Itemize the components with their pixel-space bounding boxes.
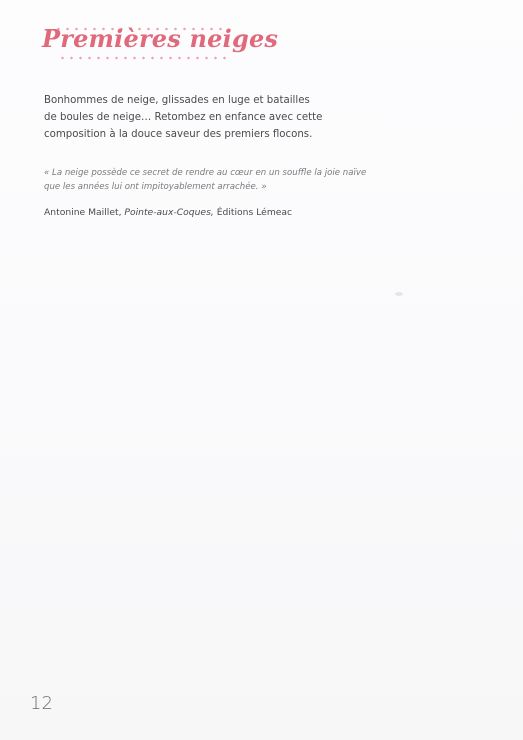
page-number: 12 bbox=[30, 693, 53, 714]
intro-paragraph: Bonhommes de neige, glissades en luge et… bbox=[44, 92, 364, 143]
page-title: Premières neiges bbox=[42, 24, 278, 53]
source-work: Pointe-aux-Coques, bbox=[124, 207, 213, 218]
quote: « La neige possède ce secret de rendre a… bbox=[44, 166, 384, 194]
intro-line: composition à la douce saveur des premie… bbox=[44, 126, 364, 143]
quote-line: « La neige possède ce secret de rendre a… bbox=[44, 166, 384, 180]
intro-line: de boules de neige… Retombez en enfance … bbox=[44, 109, 364, 126]
page: Premières neiges Bonhommes de neige, gli… bbox=[0, 0, 523, 740]
paper-speck bbox=[395, 292, 403, 296]
snowflake-dots-decoration bbox=[58, 55, 228, 61]
quote-line: que les années lui ont impitoyablement a… bbox=[44, 180, 384, 194]
title-block: Premières neiges bbox=[40, 20, 240, 70]
source-author: Antonine Maillet, bbox=[44, 207, 124, 218]
quote-source: Antonine Maillet, Pointe-aux-Coques, Édi… bbox=[44, 206, 292, 220]
intro-line: Bonhommes de neige, glissades en luge et… bbox=[44, 92, 364, 109]
source-publisher: Éditions Lémeac bbox=[214, 207, 292, 218]
